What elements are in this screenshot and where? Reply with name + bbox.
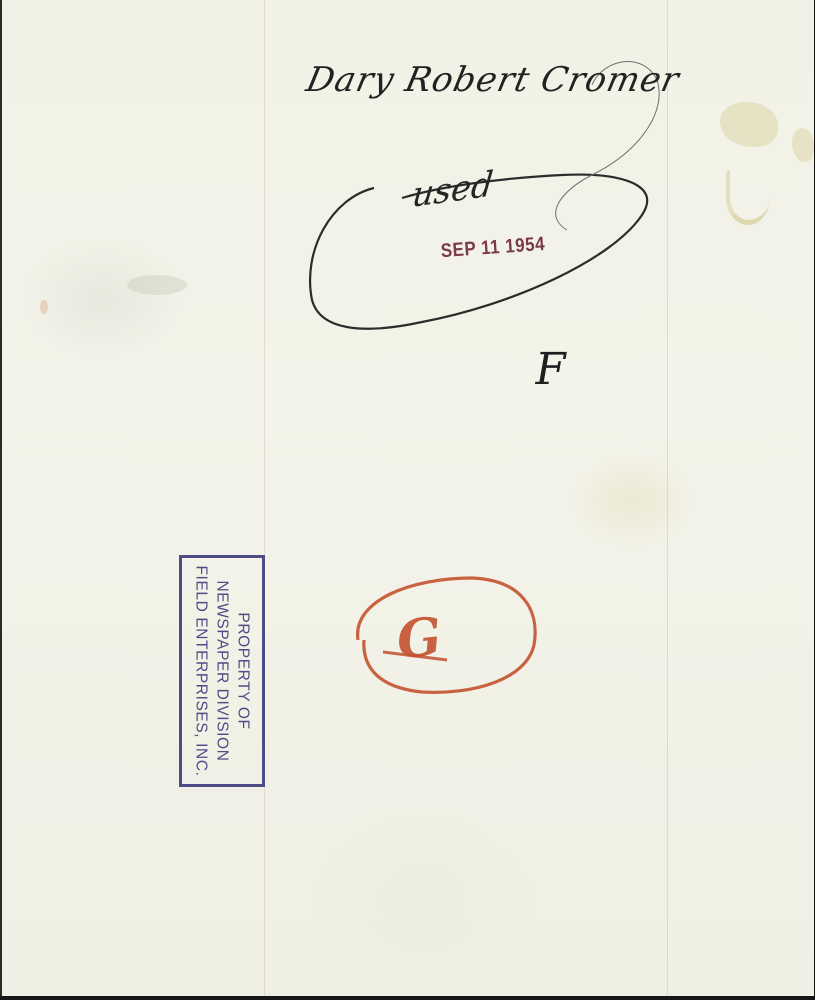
property-stamp-line: FIELD ENTERPRISES, INC.	[191, 561, 212, 781]
date-stamp: SEP 11 1954	[440, 233, 546, 263]
red-crayon-mark: G	[394, 606, 445, 671]
paper-speck	[40, 300, 48, 314]
paper-crease	[264, 0, 265, 996]
paper-crease	[667, 0, 668, 996]
water-stain	[720, 102, 778, 147]
signature-text: Dary Robert Cromer	[303, 60, 683, 100]
property-stamp: PROPERTY OF NEWSPAPER DIVISION FIELD ENT…	[179, 555, 265, 787]
property-stamp-line: NEWSPAPER DIVISION	[212, 561, 233, 781]
margin-letter: F	[531, 344, 571, 395]
water-stain	[726, 170, 770, 225]
photo-back-paper: Dary Robert Cromer used SEP 11 1954 F PR…	[0, 0, 814, 996]
paper-speck	[127, 275, 187, 295]
pencil-ellipse	[2, 0, 815, 1000]
property-stamp-line: PROPERTY OF	[233, 561, 254, 781]
used-note: used	[410, 164, 495, 216]
signature: Dary Robert Cromer	[307, 52, 697, 122]
water-stain	[792, 128, 814, 162]
